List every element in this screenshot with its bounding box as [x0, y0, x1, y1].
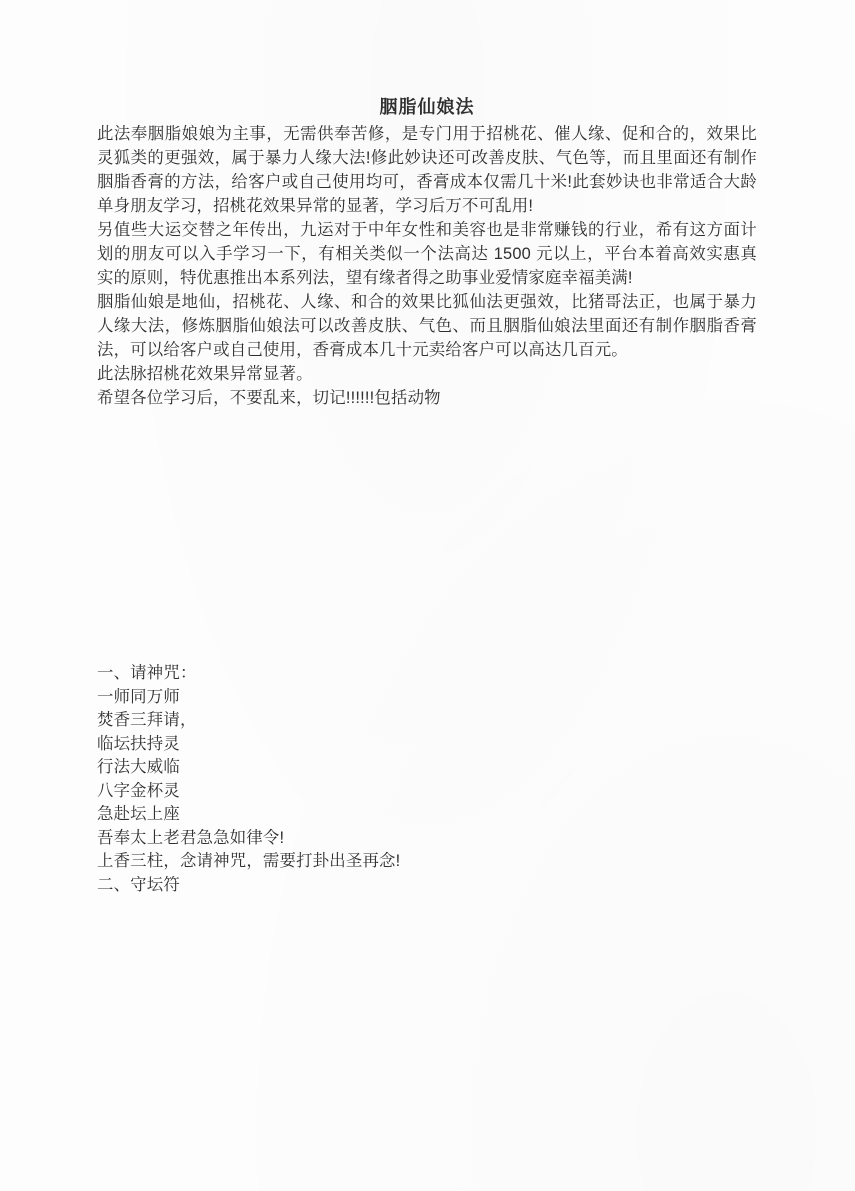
document-page: 胭脂仙娘法 此法奉胭脂娘娘为主事，无需供奉苦修，是专门用于招桃花、催人缘、促和合…	[0, 0, 855, 1191]
mantra-line: 急赴坛上座	[97, 803, 757, 827]
paragraph-xiannniang-description: 胭脂仙娘是地仙，招桃花、人缘、和合的效果比狐仙法更强效，比猪哥法正，也属于暴力人…	[97, 290, 757, 362]
intro-text-block: 此法奉胭脂娘娘为主事，无需供奉苦修，是专门用于招桃花、催人缘、促和合的，效果比灵…	[97, 122, 757, 410]
mantra-instruction-line: 上香三柱，念请神咒，需要打卦出圣再念!	[97, 850, 757, 874]
document-title: 胭脂仙娘法	[97, 95, 757, 119]
paragraph-promotion: 另值些大运交替之年传出，九运对于中年女性和美容也是非常赚钱的行业，希有这方面计划…	[97, 218, 757, 290]
paragraph-method-overview: 此法奉胭脂娘娘为主事，无需供奉苦修，是专门用于招桃花、催人缘、促和合的，效果比灵…	[97, 122, 757, 218]
mantra-section: 一、请神咒： 一师同万师 焚香三拜请， 临坛扶持灵 行法大威临 八字金杯灵 急赴…	[97, 662, 757, 897]
mantra-line: 临坛扶持灵	[97, 733, 757, 757]
paragraph-warning: 希望各位学习后，不要乱来，切记!!!!!!包括动物	[97, 386, 757, 410]
paragraph-effect-note: 此法脉招桃花效果异常显著。	[97, 362, 757, 386]
section-heading-altar-guard-talisman: 二、守坛符	[97, 874, 757, 898]
mantra-line: 吾奉太上老君急急如律令!	[97, 827, 757, 851]
document-content: 胭脂仙娘法 此法奉胭脂娘娘为主事，无需供奉苦修，是专门用于招桃花、催人缘、促和合…	[97, 95, 757, 897]
mantra-line: 焚香三拜请，	[97, 709, 757, 733]
blank-space	[97, 410, 757, 662]
mantra-line: 行法大威临	[97, 756, 757, 780]
mantra-line: 一师同万师	[97, 686, 757, 710]
mantra-line: 八字金杯灵	[97, 780, 757, 804]
section-heading-invoke-mantra: 一、请神咒：	[97, 662, 757, 686]
